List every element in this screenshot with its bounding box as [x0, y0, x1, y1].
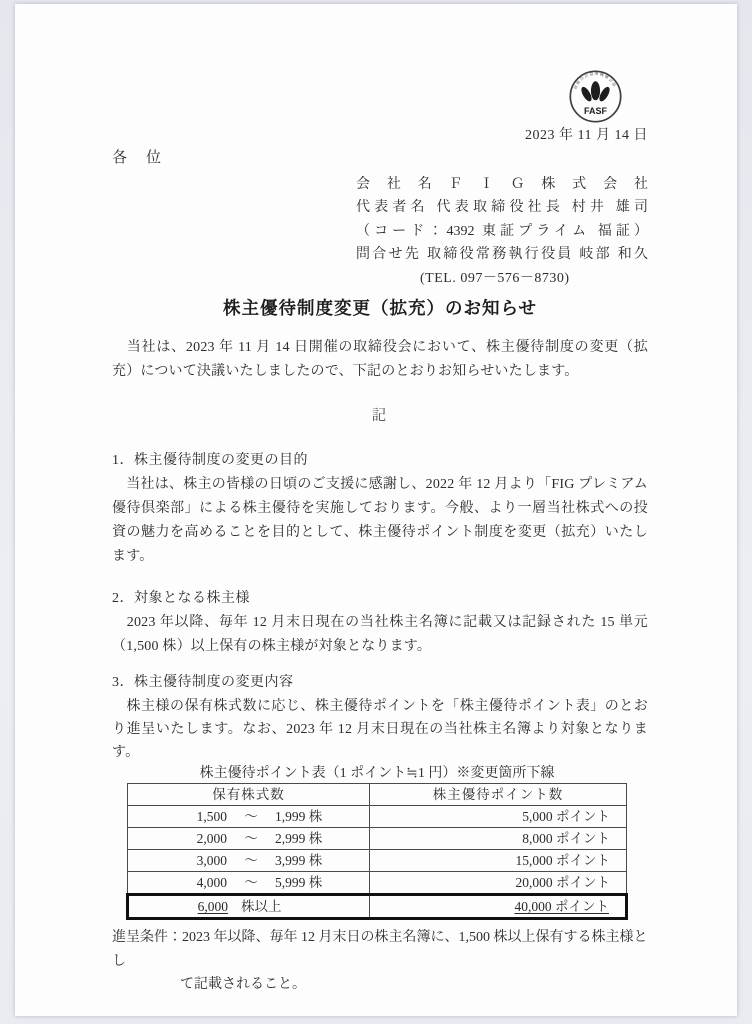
- share-range: 2,000～2,999 株: [128, 828, 369, 849]
- intro-paragraph: 当社は、2023 年 11 月 14 日開催の取締役会において、株主優待制度の変…: [112, 336, 648, 384]
- table-row: 4,000～5,999 株 20,000 ポイント: [128, 872, 627, 895]
- table-row: 2,000～2,999 株 8,000 ポイント: [128, 828, 627, 850]
- section-purpose-heading: 1．株主優待制度の変更の目的: [112, 449, 648, 473]
- document-date: 2023 年 11 月 14 日: [112, 126, 648, 145]
- section-purpose: 1．株主優待制度の変更の目的 当社は、株主の皆様の日頃のご支援に感謝し、2022…: [112, 449, 648, 569]
- points-value: 15,000 ポイント: [370, 850, 627, 872]
- section-change-details: 3．株主優待制度の変更内容 株主様の保有株式数に応じ、株主優待ポイントを「株主優…: [112, 671, 648, 764]
- grant-condition-line2: て記載されること。: [180, 973, 648, 997]
- table-row-highlighted: 6,000株以上 40,000 ポイント: [128, 895, 627, 919]
- share-range: 4,000～5,999 株: [128, 872, 369, 893]
- representative-line: 代表者名 代表取締役社長 村井 雄司: [356, 196, 648, 219]
- stock-code-line: （コード：4392 東証プライム 福証）: [356, 220, 648, 243]
- share-range: 3,000～3,999 株: [128, 850, 369, 871]
- benefit-points-table: 保有株式数 株主優待ポイント数 1,500～1,999 株 5,000 ポイント…: [126, 783, 628, 920]
- company-info-block: 会 社 名 Ｆ Ｉ Ｇ 株 式 会 社 代表者名 代表取締役社長 村井 雄司 （…: [356, 173, 648, 290]
- tilde-separator: ～: [227, 806, 275, 827]
- section-eligible-heading: 2．対象となる株主様: [112, 587, 648, 611]
- photo-background: 財務会計基準機構会員 FASF 2023 年 11 月 14 日 各 位 会 社…: [0, 0, 752, 1024]
- contact-line: 問合せ先 取締役常務執行役員 岐部 和久: [356, 243, 648, 266]
- table-row: 1,500～1,999 株 5,000 ポイント: [128, 806, 627, 828]
- section-eligible-shareholders: 2．対象となる株主様 2023 年以降、毎年 12 月末日現在の当社株主名簿に記…: [112, 587, 648, 659]
- company-name-line: 会 社 名 Ｆ Ｉ Ｇ 株 式 会 社: [356, 173, 648, 196]
- tilde-separator: ～: [227, 872, 275, 893]
- document-page: 財務会計基準機構会員 FASF 2023 年 11 月 14 日 各 位 会 社…: [15, 4, 737, 1016]
- points-value: 5,000 ポイント: [370, 806, 627, 828]
- points-value: 8,000 ポイント: [370, 828, 627, 850]
- points-table-caption: 株主優待ポイント表（1 ポイント≒1 円）※変更箇所下線: [126, 764, 628, 783]
- leaf-center-icon: [591, 81, 600, 100]
- grant-condition-note: 進呈条件：2023 年以降、毎年 12 月末日の株主名簿に、1,500 株以上保…: [112, 926, 648, 997]
- record-mark: 記: [112, 404, 648, 428]
- seal-label: FASF: [584, 106, 608, 116]
- grant-condition-line1: 進呈条件：2023 年以降、毎年 12 月末日の株主名簿に、1,500 株以上保…: [112, 926, 648, 973]
- share-range: 1,500～1,999 株: [128, 806, 369, 827]
- section-details-body: 株主様の保有株式数に応じ、株主優待ポイントを「株主優待ポイント表」のとおり進呈い…: [112, 695, 648, 764]
- document-title: 株主優待制度変更（拡充）のお知らせ: [112, 295, 648, 321]
- salutation: 各 位: [112, 148, 648, 168]
- column-header-points: 株主優待ポイント数: [370, 784, 627, 806]
- share-range: 6,000株以上: [129, 896, 369, 917]
- fasf-member-seal-icon: 財務会計基準機構会員 FASF: [567, 68, 624, 125]
- tilde-separator: ～: [227, 828, 275, 849]
- column-header-shares: 保有株式数: [128, 784, 370, 806]
- tel-line: (TEL. 097－576－8730): [356, 267, 648, 290]
- table-row: 3,000～3,999 株 15,000 ポイント: [128, 850, 627, 872]
- tilde-separator: ～: [227, 850, 275, 871]
- points-value: 40,000 ポイント: [370, 895, 627, 919]
- logo-row: 財務会計基準機構会員 FASF: [112, 68, 648, 125]
- points-value: 20,000 ポイント: [370, 872, 627, 895]
- table-header-row: 保有株式数 株主優待ポイント数: [128, 784, 627, 806]
- section-details-heading: 3．株主優待制度の変更内容: [112, 671, 648, 695]
- section-purpose-body: 当社は、株主の皆様の日頃のご支援に感謝し、2022 年 12 月より「FIG プ…: [112, 473, 648, 569]
- section-eligible-body: 2023 年以降、毎年 12 月末日現在の当社株主名簿に記載又は記録された 15…: [112, 611, 648, 659]
- points-table-container: 株主優待ポイント表（1 ポイント≒1 円）※変更箇所下線 保有株式数 株主優待ポ…: [126, 764, 628, 920]
